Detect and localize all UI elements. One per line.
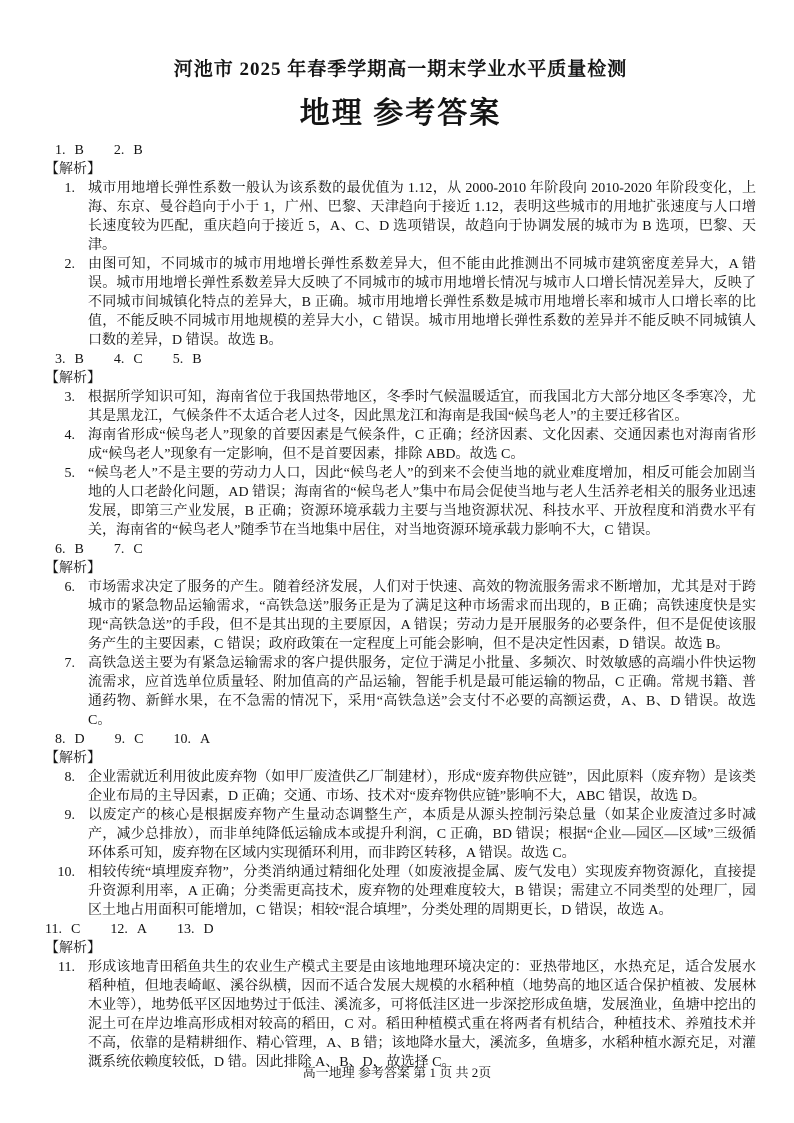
document-title: 河池市 2025 年春季学期高一期末学业水平质量检测 xyxy=(45,54,756,81)
explanation-item: 6.市场需求决定了服务的产生。随着经济发展，人们对于快速、高效的物流服务需求不断… xyxy=(45,578,756,654)
answer-item: 10.A xyxy=(173,730,210,749)
explanation-item: 4.海南省形成“候鸟老人”现象的首要因素是气候条件，C 正确；经济因素、文化因素… xyxy=(45,426,756,464)
answer-item: 7.C xyxy=(114,540,143,559)
item-text: 企业需就近利用彼此废弃物（如甲厂废渣供乙厂制建材），形成“废弃物供应链”，因此原… xyxy=(88,770,756,804)
answer-choice: C xyxy=(134,732,143,747)
item-text: 相较传统“填埋废弃物”，分类消纳通过精细化处理（如废液提金属、废气发电）实现废弃… xyxy=(88,865,756,918)
answer-key-page: 河池市 2025 年春季学期高一期末学业水平质量检测 地理 参考答案 1.B2.… xyxy=(0,0,794,1123)
answer-line: 6.B7.C xyxy=(45,540,756,559)
answer-question-number: 13. xyxy=(177,920,195,939)
item-number: 5. xyxy=(45,464,75,483)
answer-item: 12.A xyxy=(110,920,147,939)
item-text: 高铁急送主要为有紧急运输需求的客户提供服务，定位于满足小批量、多频次、时效敏感的… xyxy=(88,656,756,728)
explanation-item: 11.形成该地青田稻鱼共生的农业生产模式主要是由该地地理环境决定的：亚热带地区，… xyxy=(45,958,756,1072)
answer-item: 2.B xyxy=(114,141,143,160)
answer-question-number: 7. xyxy=(114,540,125,559)
answer-choice: D xyxy=(75,732,85,747)
analysis-label: 【解析】 xyxy=(45,160,756,179)
answer-choice: B xyxy=(75,542,84,557)
answer-question-number: 6. xyxy=(55,540,66,559)
answer-choice: C xyxy=(71,922,80,937)
answer-choice: D xyxy=(203,922,213,937)
explanation-item: 10.相较传统“填埋废弃物”，分类消纳通过精细化处理（如废液提金属、废气发电）实… xyxy=(45,863,756,920)
analysis-label: 【解析】 xyxy=(45,559,756,578)
item-text: 市场需求决定了服务的产生。随着经济发展，人们对于快速、高效的物流服务需求不断增加… xyxy=(88,580,756,652)
item-number: 4. xyxy=(45,426,75,445)
analysis-label: 【解析】 xyxy=(45,749,756,768)
answer-item: 1.B xyxy=(55,141,84,160)
explanation-item: 2.由图可知，不同城市的城市用地增长弹性系数差异大，但不能由此推测出不同城市建筑… xyxy=(45,255,756,350)
answer-line: 8.D9.C10.A xyxy=(45,730,756,749)
answer-choice: A xyxy=(200,732,210,747)
answer-question-number: 10. xyxy=(173,730,191,749)
item-number: 10. xyxy=(45,863,75,882)
answer-question-number: 2. xyxy=(114,141,125,160)
answer-item: 3.B xyxy=(55,350,84,369)
item-text: 海南省形成“候鸟老人”现象的首要因素是气候条件，C 正确；经济因素、文化因素、交… xyxy=(88,428,756,462)
item-text: 根据所学知识可知，海南省位于我国热带地区，冬季时气候温暖适宜，而我国北方大部分地… xyxy=(88,390,756,424)
answer-item: 4.C xyxy=(114,350,143,369)
answer-line: 3.B4.C5.B xyxy=(45,350,756,369)
answer-choice: C xyxy=(133,542,142,557)
analysis-label: 【解析】 xyxy=(45,939,756,958)
document-body: 1.B2.B【解析】1.城市用地增长弹性系数一般认为该系数的最优值为 1.12，… xyxy=(45,141,756,1072)
explanation-item: 1.城市用地增长弹性系数一般认为该系数的最优值为 1.12，从 2000-201… xyxy=(45,179,756,255)
item-text: 以废定产的核心是根据废弃物产生量动态调整生产，本质是从源头控制污染总量（如某企业… xyxy=(88,808,756,861)
answer-question-number: 9. xyxy=(115,730,126,749)
analysis-label: 【解析】 xyxy=(45,369,756,388)
explanation-item: 7.高铁急送主要为有紧急运输需求的客户提供服务，定位于满足小批量、多频次、时效敏… xyxy=(45,654,756,730)
item-text: “候鸟老人”不是主要的劳动力人口，因此“候鸟老人”的到来不会使当地的就业难度增加… xyxy=(88,466,756,538)
item-number: 7. xyxy=(45,654,75,673)
item-number: 9. xyxy=(45,806,75,825)
answer-choice: A xyxy=(137,922,147,937)
explanation-item: 9.以废定产的核心是根据废弃物产生量动态调整生产，本质是从源头控制污染总量（如某… xyxy=(45,806,756,863)
item-number: 8. xyxy=(45,768,75,787)
answer-question-number: 5. xyxy=(173,350,184,369)
answer-choice: B xyxy=(75,352,84,367)
item-text: 形成该地青田稻鱼共生的农业生产模式主要是由该地地理环境决定的：亚热带地区，水热充… xyxy=(88,960,756,1070)
answer-question-number: 11. xyxy=(45,920,62,939)
answer-line: 1.B2.B xyxy=(45,141,756,160)
answer-question-number: 4. xyxy=(114,350,125,369)
explanation-item: 5.“候鸟老人”不是主要的劳动力人口，因此“候鸟老人”的到来不会使当地的就业难度… xyxy=(45,464,756,540)
document-subtitle: 地理 参考答案 xyxy=(45,88,756,132)
page-footer: 高一地理 参考答案 第 1 页 共 2页 xyxy=(0,1062,794,1081)
answer-item: 13.D xyxy=(177,920,214,939)
item-number: 6. xyxy=(45,578,75,597)
answer-item: 9.C xyxy=(115,730,144,749)
item-number: 3. xyxy=(45,388,75,407)
item-text: 城市用地增长弹性系数一般认为该系数的最优值为 1.12，从 2000-2010 … xyxy=(88,181,756,253)
answer-question-number: 8. xyxy=(55,730,66,749)
explanation-item: 3.根据所学知识可知，海南省位于我国热带地区，冬季时气候温暖适宜，而我国北方大部… xyxy=(45,388,756,426)
answer-item: 5.B xyxy=(173,350,202,369)
answer-line: 11.C12.A13.D xyxy=(45,920,756,939)
answer-item: 6.B xyxy=(55,540,84,559)
item-text: 由图可知，不同城市的城市用地增长弹性系数差异大，但不能由此推测出不同城市建筑密度… xyxy=(88,257,756,348)
item-number: 11. xyxy=(45,958,75,977)
answer-choice: B xyxy=(133,143,142,158)
item-number: 2. xyxy=(45,255,75,274)
answer-question-number: 1. xyxy=(55,141,66,160)
answer-choice: B xyxy=(75,143,84,158)
answer-item: 8.D xyxy=(55,730,85,749)
answer-question-number: 12. xyxy=(110,920,128,939)
answer-question-number: 3. xyxy=(55,350,66,369)
answer-choice: B xyxy=(192,352,201,367)
answer-choice: C xyxy=(133,352,142,367)
explanation-item: 8.企业需就近利用彼此废弃物（如甲厂废渣供乙厂制建材），形成“废弃物供应链”，因… xyxy=(45,768,756,806)
item-number: 1. xyxy=(45,179,75,198)
answer-item: 11.C xyxy=(45,920,80,939)
